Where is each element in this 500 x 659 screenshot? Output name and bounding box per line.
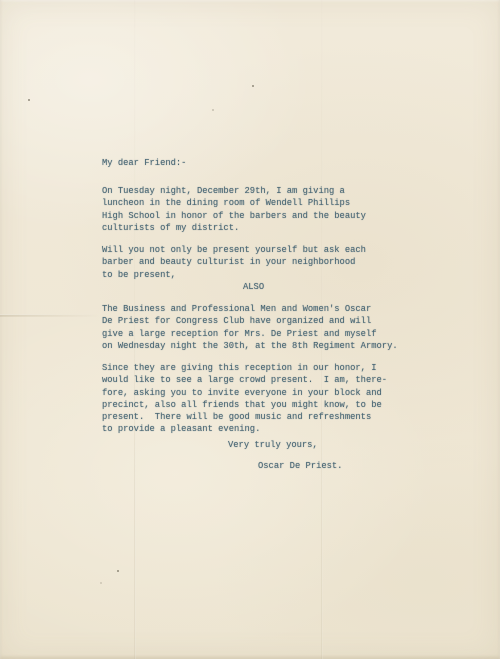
closing-line: Very truly yours,	[228, 439, 318, 451]
letter-body: My dear Friend:- On Tuesday night, Decem…	[0, 0, 500, 659]
signature-line: Oscar De Priest.	[258, 460, 342, 472]
paragraph-luncheon: On Tuesday night, December 29th, I am gi…	[102, 185, 366, 234]
letter-page: My dear Friend:- On Tuesday night, Decem…	[0, 0, 500, 659]
paragraph-reception: The Business and Professional Men and Wo…	[102, 303, 398, 352]
paragraph-crowd-request: Since they are giving this reception in …	[102, 362, 387, 436]
also-heading: ALSO	[243, 281, 264, 293]
salutation: My dear Friend:-	[102, 157, 186, 169]
paragraph-invitation: Will you not only be present yourself bu…	[102, 244, 366, 281]
